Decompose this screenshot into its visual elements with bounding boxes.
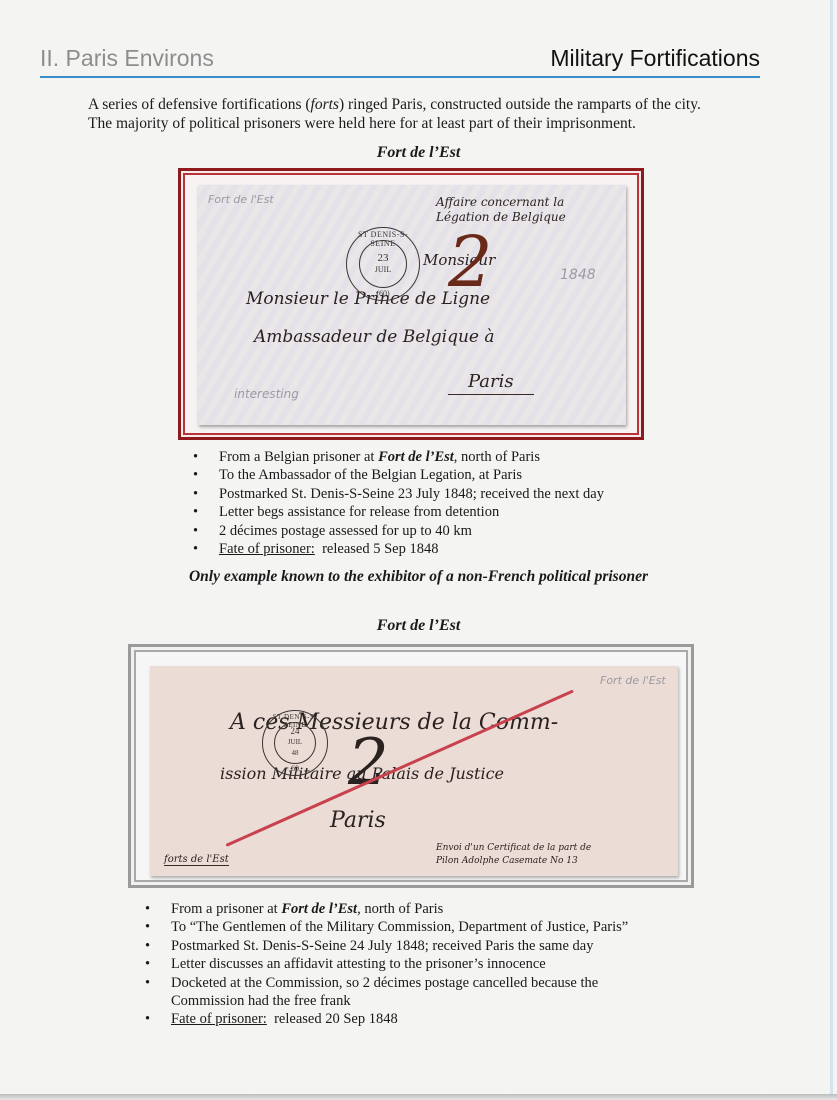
exhibit-1-description: From a Belgian prisoner at Fort de l’Est… [193, 448, 673, 558]
postmark-town: ST DENIS-S-SEINE [347, 230, 419, 248]
description-item: Postmarked St. Denis-S-Seine 23 July 184… [193, 485, 673, 503]
postmark-month: JUIL [375, 264, 391, 275]
page-edge [830, 0, 833, 1094]
item-emphasis: Fort de l’Est [281, 901, 357, 917]
docket-line: Pilon Adolphe Casemate No 13 [436, 855, 591, 868]
postmark-dept: 60 [291, 764, 299, 773]
postmark-town: ST DENIS-S-SEINE [263, 713, 327, 729]
docket-right: Envoi d'un Certificat de la part de Pilo… [436, 842, 591, 868]
page-edge-bottom [0, 1094, 837, 1100]
address-city: Paris [448, 371, 534, 395]
postmark-day: 23 [377, 253, 388, 264]
intro-text: ) ringed Paris, constructed outside the … [339, 96, 701, 113]
pencil-note-location: Fort de l'Est [600, 674, 666, 687]
postage-due-mark: 2 [448, 221, 493, 303]
item-label: Fate of prisoner: [219, 541, 315, 557]
docket-line: Envoi d'un Certificat de la part de [436, 842, 591, 855]
exhibit-1-caption: Fort de l’Est [0, 144, 837, 162]
intro-line-1: A series of defensive fortifications (fo… [88, 95, 768, 114]
postmark-stamp: ST DENIS-S-SEINE 23 JUIL (60) [346, 227, 420, 301]
pencil-note-year: 1848 [560, 267, 596, 283]
item-text: released 5 Sep 1848 [322, 541, 438, 557]
intro-italic: forts [311, 96, 339, 113]
description-item: From a Belgian prisoner at Fort de l’Est… [193, 448, 673, 466]
docket-left: forts de l'Est [164, 854, 229, 866]
exhibit-1-note: Only example known to the exhibitor of a… [0, 568, 837, 586]
page-title: Military Fortifications [550, 45, 760, 72]
description-item: Letter begs assistance for release from … [193, 503, 673, 521]
pencil-note-interesting: interesting [234, 387, 299, 401]
exhibit-1-frame: Fort de l'Est 1848 interesting Affaire c… [178, 168, 644, 440]
description-item: Fate of prisoner: released 5 Sep 1848 [193, 540, 673, 558]
description-item: 2 décimes postage assessed for up to 40 … [193, 522, 673, 540]
item-text: , north of Paris [357, 901, 443, 917]
intro-line-2: The majority of political prisoners were… [88, 114, 768, 133]
item-text: , north of Paris [454, 449, 540, 465]
description-item: From a prisoner at Fort de l’Est, north … [145, 900, 665, 918]
postmark-stamp: ST DENIS-S-SEINE 24 JUIL 48 60 [262, 710, 328, 776]
exhibit-2-cover-image: Fort de l'Est A ces Messieurs de la Comm… [150, 666, 678, 876]
exhibit-1-cover-image: Fort de l'Est 1848 interesting Affaire c… [198, 185, 626, 425]
exhibit-2-description: From a prisoner at Fort de l’Est, north … [145, 900, 665, 1029]
exhibit-2-caption: Fort de l’Est [0, 617, 837, 635]
exhibit-2-frame: Fort de l'Est A ces Messieurs de la Comm… [128, 644, 694, 888]
description-item: Fate of prisoner: released 20 Sep 1848 [145, 1010, 665, 1028]
intro-text: A series of defensive fortifications ( [88, 96, 311, 113]
item-text: From a prisoner at [171, 901, 281, 917]
item-text: released 20 Sep 1848 [274, 1011, 398, 1027]
description-item: To “The Gentlemen of the Military Commis… [145, 918, 665, 936]
postmark-month: JUIL [288, 737, 302, 748]
page-header: II. Paris Environs Military Fortificatio… [40, 40, 760, 78]
address-city: Paris [330, 808, 386, 833]
description-item: Docketed at the Commission, so 2 décimes… [145, 974, 665, 1011]
description-item: To the Ambassador of the Belgian Legatio… [193, 466, 673, 484]
item-text: From a Belgian prisoner at [219, 449, 378, 465]
item-label: Fate of prisoner: [171, 1011, 267, 1027]
intro-paragraph: A series of defensive fortifications (fo… [88, 95, 768, 133]
description-item: Postmarked St. Denis-S-Seine 24 July 184… [145, 937, 665, 955]
pencil-note-location: Fort de l'Est [208, 193, 274, 206]
address-line: Ambassadeur de Belgique à [254, 327, 495, 347]
item-emphasis: Fort de l’Est [378, 449, 454, 465]
section-title: II. Paris Environs [40, 45, 214, 72]
postmark-dept: (60) [376, 289, 389, 298]
postmark-year: 48 [291, 748, 298, 759]
description-item: Letter discusses an affidavit attesting … [145, 955, 665, 973]
